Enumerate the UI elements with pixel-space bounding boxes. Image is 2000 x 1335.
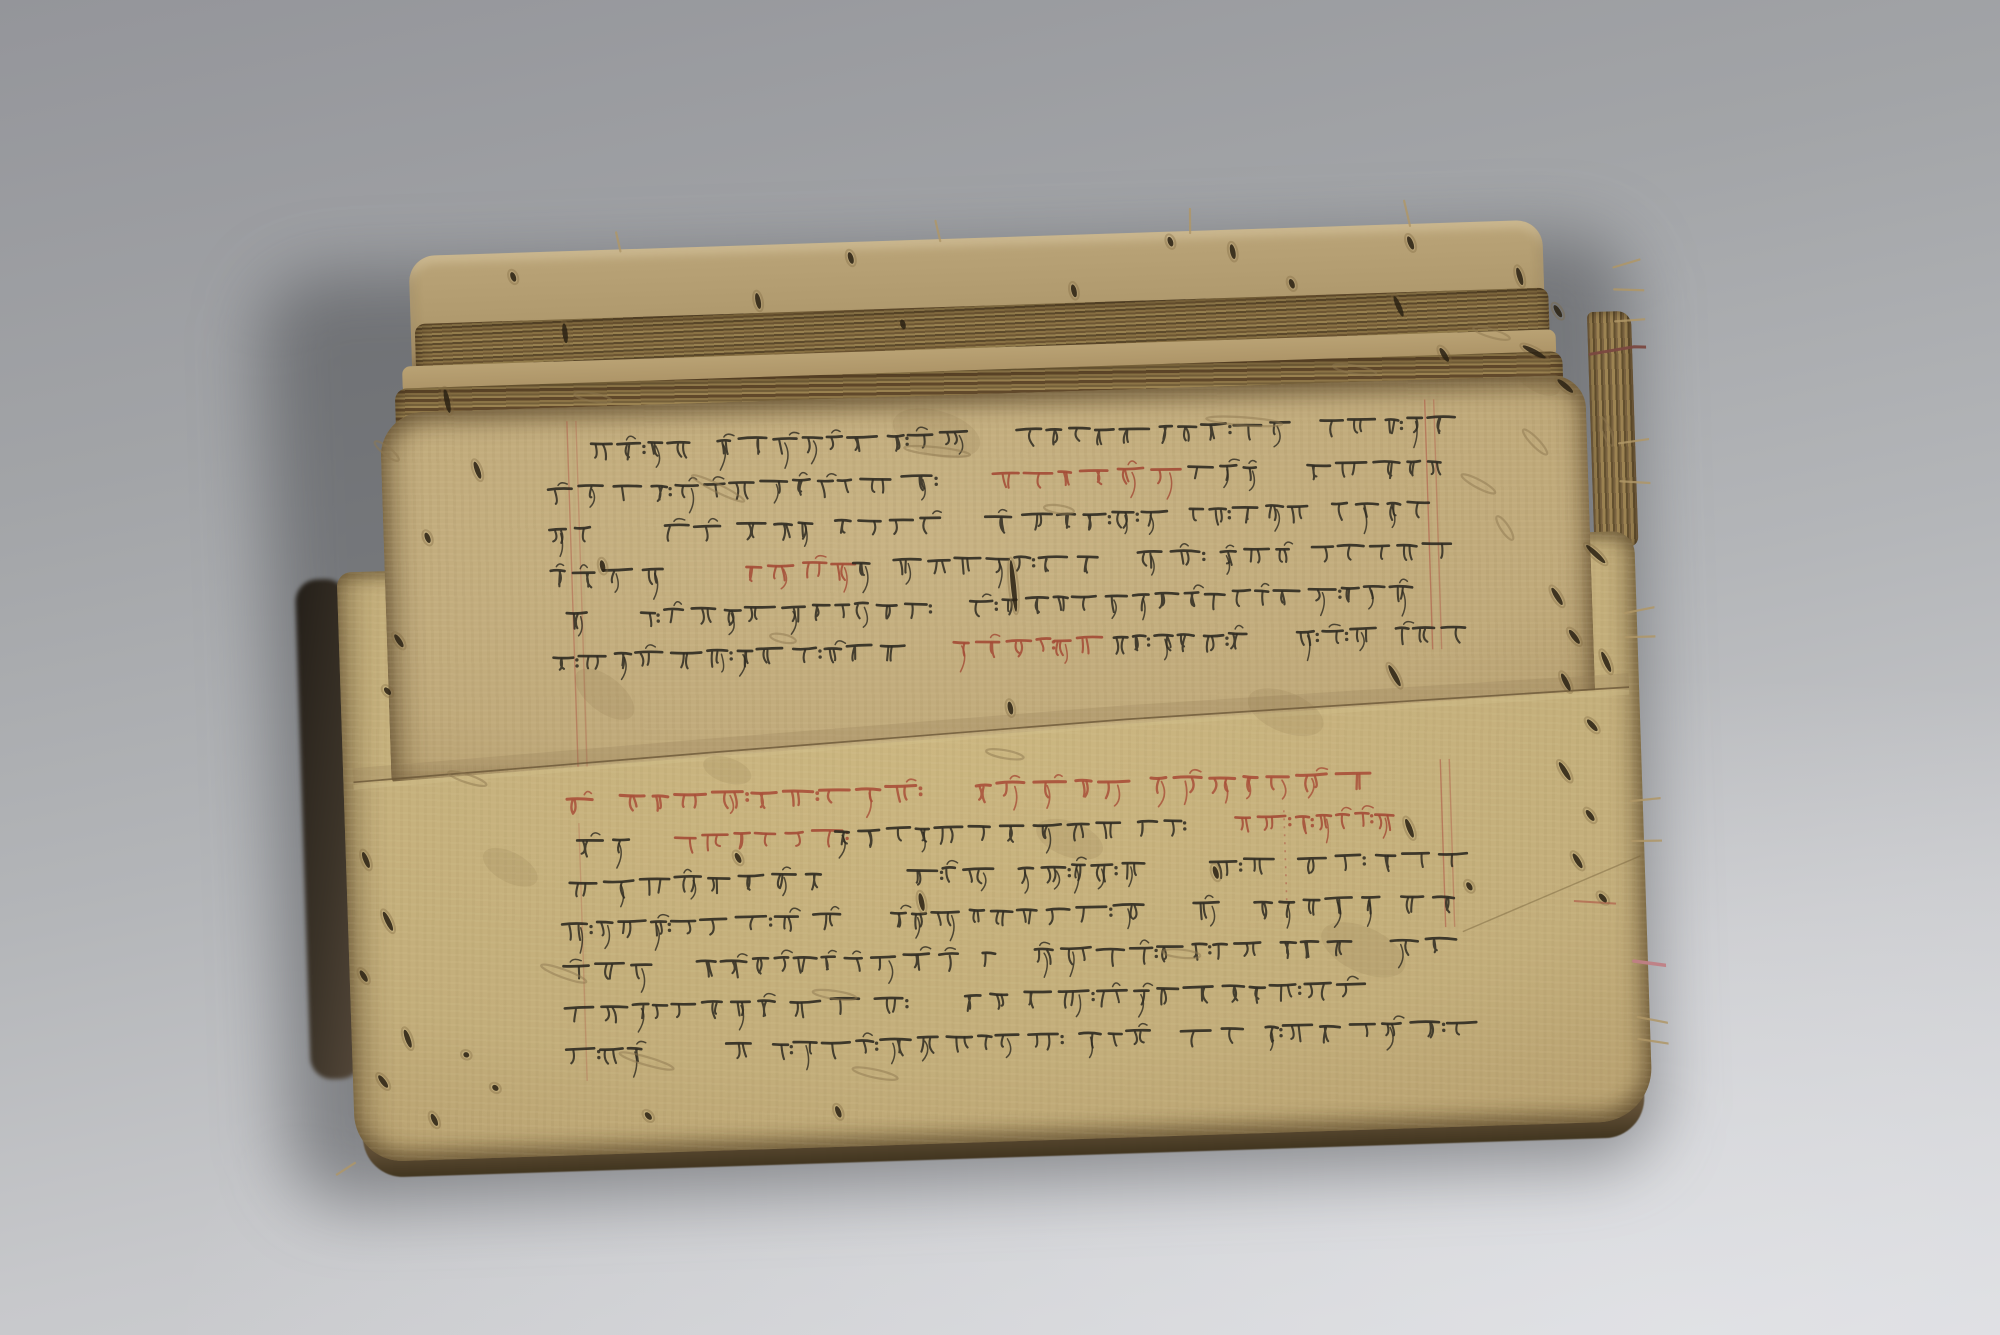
photo-scene: [0, 0, 2000, 1335]
manuscript-book: [289, 180, 1671, 1179]
handwriting-layer: [289, 180, 1671, 1179]
